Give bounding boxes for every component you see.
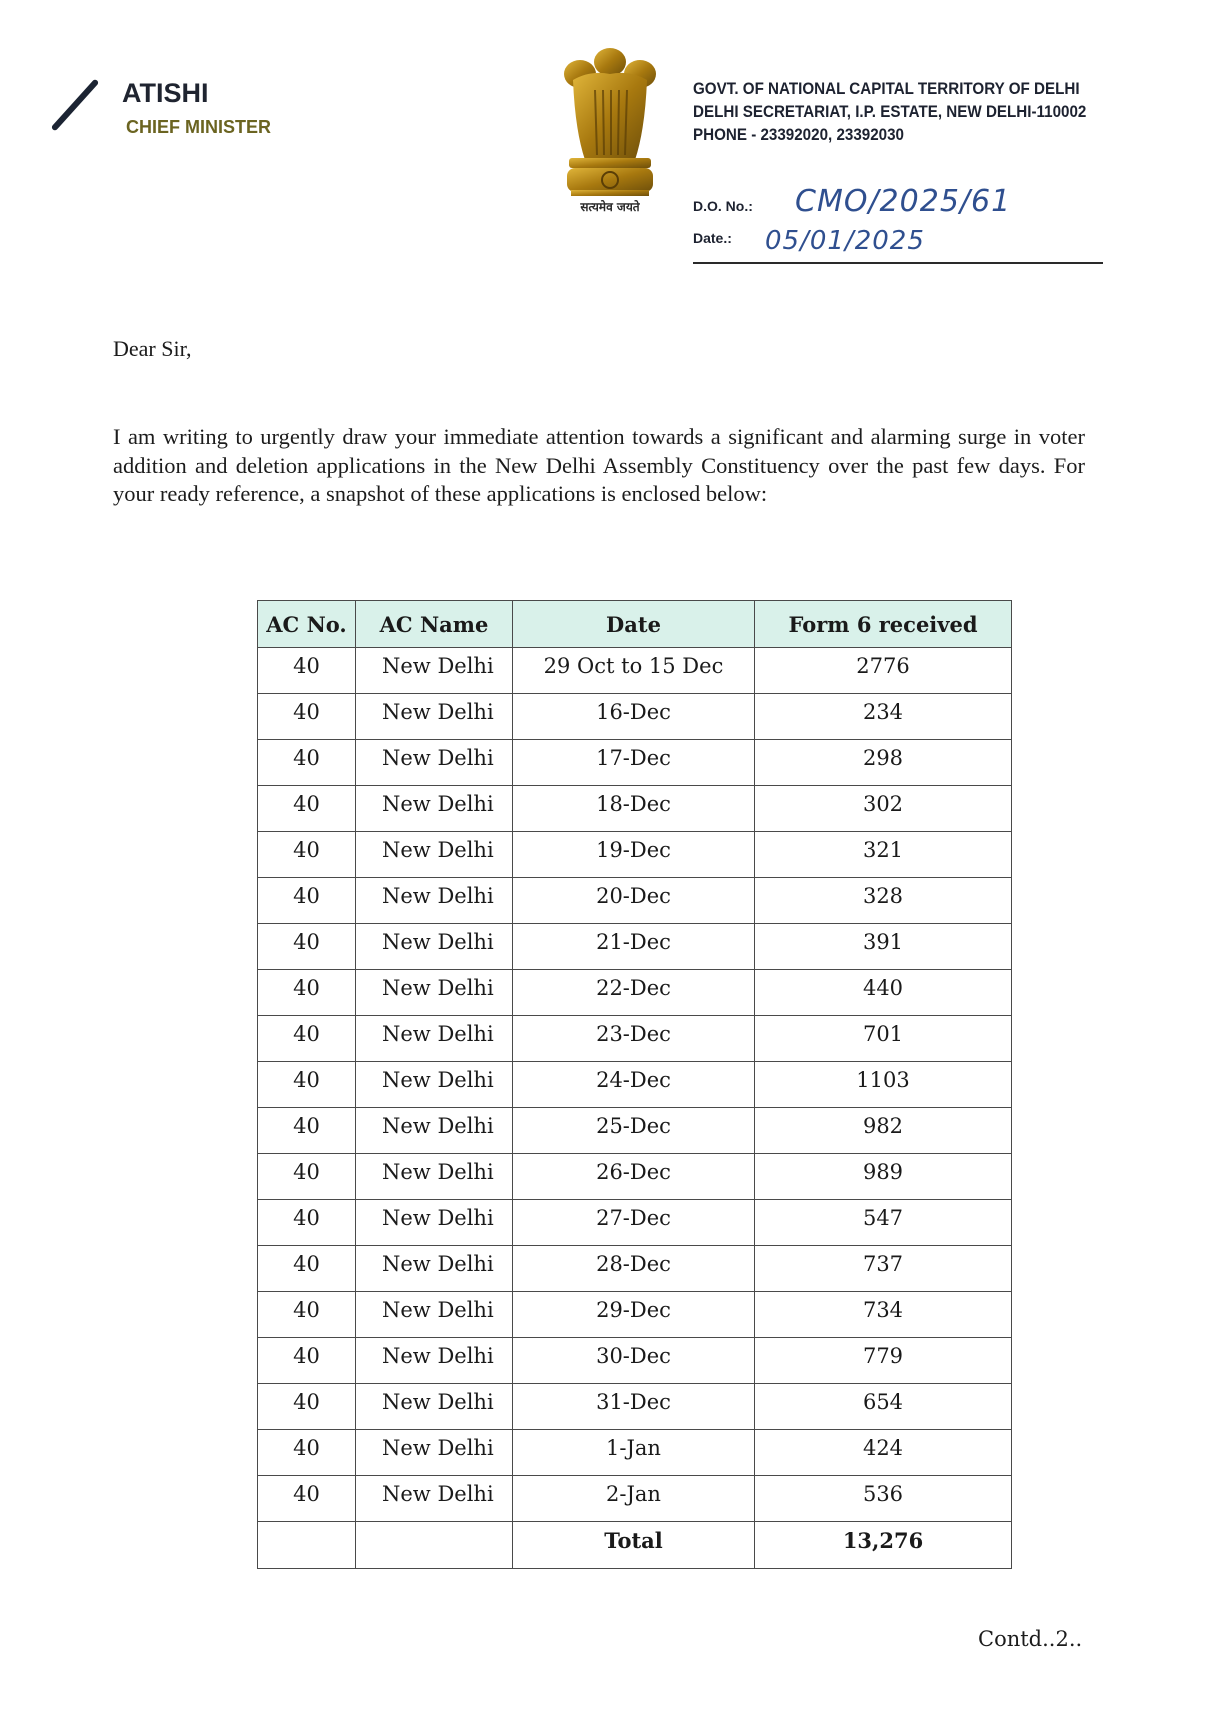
- cell-form6: 2776: [755, 648, 1012, 694]
- header-ac-name: AC Name: [356, 601, 513, 648]
- cell-date: 31-Dec: [513, 1384, 755, 1430]
- cell-ac-no: 40: [258, 1108, 356, 1154]
- national-emblem-icon: [555, 40, 665, 220]
- cell-ac-no: 40: [258, 1200, 356, 1246]
- govt-address-block: GOVT. OF NATIONAL CAPITAL TERRITORY OF D…: [693, 78, 1086, 147]
- cell-ac-name: New Delhi: [356, 1062, 513, 1108]
- cell-form6: 440: [755, 970, 1012, 1016]
- cell-ac-name: New Delhi: [356, 924, 513, 970]
- signature-stroke: [51, 78, 100, 131]
- salutation: Dear Sir,: [113, 336, 192, 362]
- header-form6: Form 6 received: [755, 601, 1012, 648]
- cell-form6: 737: [755, 1246, 1012, 1292]
- cell-ac-name: New Delhi: [356, 1016, 513, 1062]
- govt-line: PHONE - 23392020, 23392030: [693, 124, 1086, 147]
- cell-date: 26-Dec: [513, 1154, 755, 1200]
- cell-date: 29-Dec: [513, 1292, 755, 1338]
- cell-form6: 701: [755, 1016, 1012, 1062]
- cell-ac-no: 40: [258, 648, 356, 694]
- cell-ac-no: 40: [258, 1384, 356, 1430]
- table-row: 40New Delhi22-Dec440: [258, 970, 1012, 1016]
- table-row: 40New Delhi19-Dec321: [258, 832, 1012, 878]
- table-row: 40New Delhi28-Dec737: [258, 1246, 1012, 1292]
- table-row: 40New Delhi25-Dec982: [258, 1108, 1012, 1154]
- cell-form6: 654: [755, 1384, 1012, 1430]
- cell-form6: 1103: [755, 1062, 1012, 1108]
- table-row: 40New Delhi30-Dec779: [258, 1338, 1012, 1384]
- cell-ac-no: 40: [258, 1154, 356, 1200]
- cell-date: 27-Dec: [513, 1200, 755, 1246]
- cell-form6: 424: [755, 1430, 1012, 1476]
- cm-name: ATISHI: [122, 78, 209, 109]
- cell-ac-no: 40: [258, 970, 356, 1016]
- cell-date: 28-Dec: [513, 1246, 755, 1292]
- cell-ac-name: New Delhi: [356, 1384, 513, 1430]
- table-row: 40New Delhi27-Dec547: [258, 1200, 1012, 1246]
- cell-ac-no: 40: [258, 1430, 356, 1476]
- cm-title: CHIEF MINISTER: [126, 117, 271, 138]
- do-number-label: D.O. No.:: [693, 198, 753, 214]
- table-row: 40New Delhi17-Dec298: [258, 740, 1012, 786]
- cell-form6: 321: [755, 832, 1012, 878]
- cell-ac-name: New Delhi: [356, 648, 513, 694]
- cell-date: 2-Jan: [513, 1476, 755, 1522]
- date-label: Date.:: [693, 230, 732, 246]
- continued-note: Contd..2..: [978, 1627, 1082, 1651]
- cell-form6: 328: [755, 878, 1012, 924]
- cell-form6: 734: [755, 1292, 1012, 1338]
- table-total-row: Total 13,276: [258, 1522, 1012, 1569]
- cell-date: 16-Dec: [513, 694, 755, 740]
- cell-date: 25-Dec: [513, 1108, 755, 1154]
- cell-ac-no: 40: [258, 1292, 356, 1338]
- cell-form6: 989: [755, 1154, 1012, 1200]
- cell-ac-name: New Delhi: [356, 740, 513, 786]
- cell-date: 29 Oct to 15 Dec: [513, 648, 755, 694]
- cell-ac-name: New Delhi: [356, 878, 513, 924]
- cell-date: 24-Dec: [513, 1062, 755, 1108]
- cell-ac-name: New Delhi: [356, 1338, 513, 1384]
- total-empty-cell: [258, 1522, 356, 1569]
- total-value: 13,276: [755, 1522, 1012, 1569]
- table-body: 40New Delhi29 Oct to 15 Dec277640New Del…: [258, 648, 1012, 1522]
- emblem-motto: सत्यमेव जयते: [560, 198, 660, 215]
- table-row: 40New Delhi21-Dec391: [258, 924, 1012, 970]
- total-label: Total: [513, 1522, 755, 1569]
- cell-form6: 547: [755, 1200, 1012, 1246]
- header-ac-no: AC No.: [258, 601, 356, 648]
- form6-table: AC No. AC Name Date Form 6 received 40Ne…: [257, 600, 1012, 1569]
- table-row: 40New Delhi20-Dec328: [258, 878, 1012, 924]
- table-row: 40New Delhi29-Dec734: [258, 1292, 1012, 1338]
- body-paragraph: I am writing to urgently draw your immed…: [113, 423, 1085, 509]
- cell-date: 30-Dec: [513, 1338, 755, 1384]
- cell-form6: 302: [755, 786, 1012, 832]
- table-row: 40New Delhi23-Dec701: [258, 1016, 1012, 1062]
- table-header-row: AC No. AC Name Date Form 6 received: [258, 601, 1012, 648]
- cell-date: 19-Dec: [513, 832, 755, 878]
- cell-date: 23-Dec: [513, 1016, 755, 1062]
- cell-date: 22-Dec: [513, 970, 755, 1016]
- letterhead-divider: [693, 262, 1103, 264]
- cell-form6: 391: [755, 924, 1012, 970]
- cell-ac-no: 40: [258, 1246, 356, 1292]
- govt-line: GOVT. OF NATIONAL CAPITAL TERRITORY OF D…: [693, 78, 1086, 101]
- cell-form6: 982: [755, 1108, 1012, 1154]
- cell-date: 20-Dec: [513, 878, 755, 924]
- cell-form6: 298: [755, 740, 1012, 786]
- table-row: 40New Delhi31-Dec654: [258, 1384, 1012, 1430]
- cell-ac-no: 40: [258, 1338, 356, 1384]
- total-empty-cell: [356, 1522, 513, 1569]
- table-row: 40New Delhi18-Dec302: [258, 786, 1012, 832]
- cell-ac-name: New Delhi: [356, 1154, 513, 1200]
- cell-ac-no: 40: [258, 924, 356, 970]
- cell-form6: 536: [755, 1476, 1012, 1522]
- date-value: 05/01/2025: [765, 226, 925, 256]
- cell-ac-name: New Delhi: [356, 832, 513, 878]
- table-row: 40New Delhi2-Jan536: [258, 1476, 1012, 1522]
- do-number-value: CMO/2025/61: [795, 184, 1011, 219]
- cell-date: 17-Dec: [513, 740, 755, 786]
- cell-date: 18-Dec: [513, 786, 755, 832]
- cell-ac-name: New Delhi: [356, 1292, 513, 1338]
- cell-ac-no: 40: [258, 878, 356, 924]
- cell-ac-no: 40: [258, 1062, 356, 1108]
- cell-date: 21-Dec: [513, 924, 755, 970]
- cell-date: 1-Jan: [513, 1430, 755, 1476]
- cell-ac-no: 40: [258, 740, 356, 786]
- cell-form6: 779: [755, 1338, 1012, 1384]
- cell-ac-name: New Delhi: [356, 694, 513, 740]
- cell-ac-name: New Delhi: [356, 786, 513, 832]
- table-row: 40New Delhi29 Oct to 15 Dec2776: [258, 648, 1012, 694]
- table-row: 40New Delhi16-Dec234: [258, 694, 1012, 740]
- cell-ac-name: New Delhi: [356, 1430, 513, 1476]
- table-row: 40New Delhi1-Jan424: [258, 1430, 1012, 1476]
- cell-ac-no: 40: [258, 832, 356, 878]
- cell-ac-no: 40: [258, 694, 356, 740]
- table-row: 40New Delhi24-Dec1103: [258, 1062, 1012, 1108]
- govt-line: DELHI SECRETARIAT, I.P. ESTATE, NEW DELH…: [693, 101, 1086, 124]
- cell-ac-name: New Delhi: [356, 1200, 513, 1246]
- table-row: 40New Delhi26-Dec989: [258, 1154, 1012, 1200]
- cell-ac-no: 40: [258, 786, 356, 832]
- cell-ac-name: New Delhi: [356, 1476, 513, 1522]
- cell-ac-no: 40: [258, 1476, 356, 1522]
- cell-ac-no: 40: [258, 1016, 356, 1062]
- cell-form6: 234: [755, 694, 1012, 740]
- header-date: Date: [513, 601, 755, 648]
- cell-ac-name: New Delhi: [356, 1246, 513, 1292]
- cell-ac-name: New Delhi: [356, 1108, 513, 1154]
- cell-ac-name: New Delhi: [356, 970, 513, 1016]
